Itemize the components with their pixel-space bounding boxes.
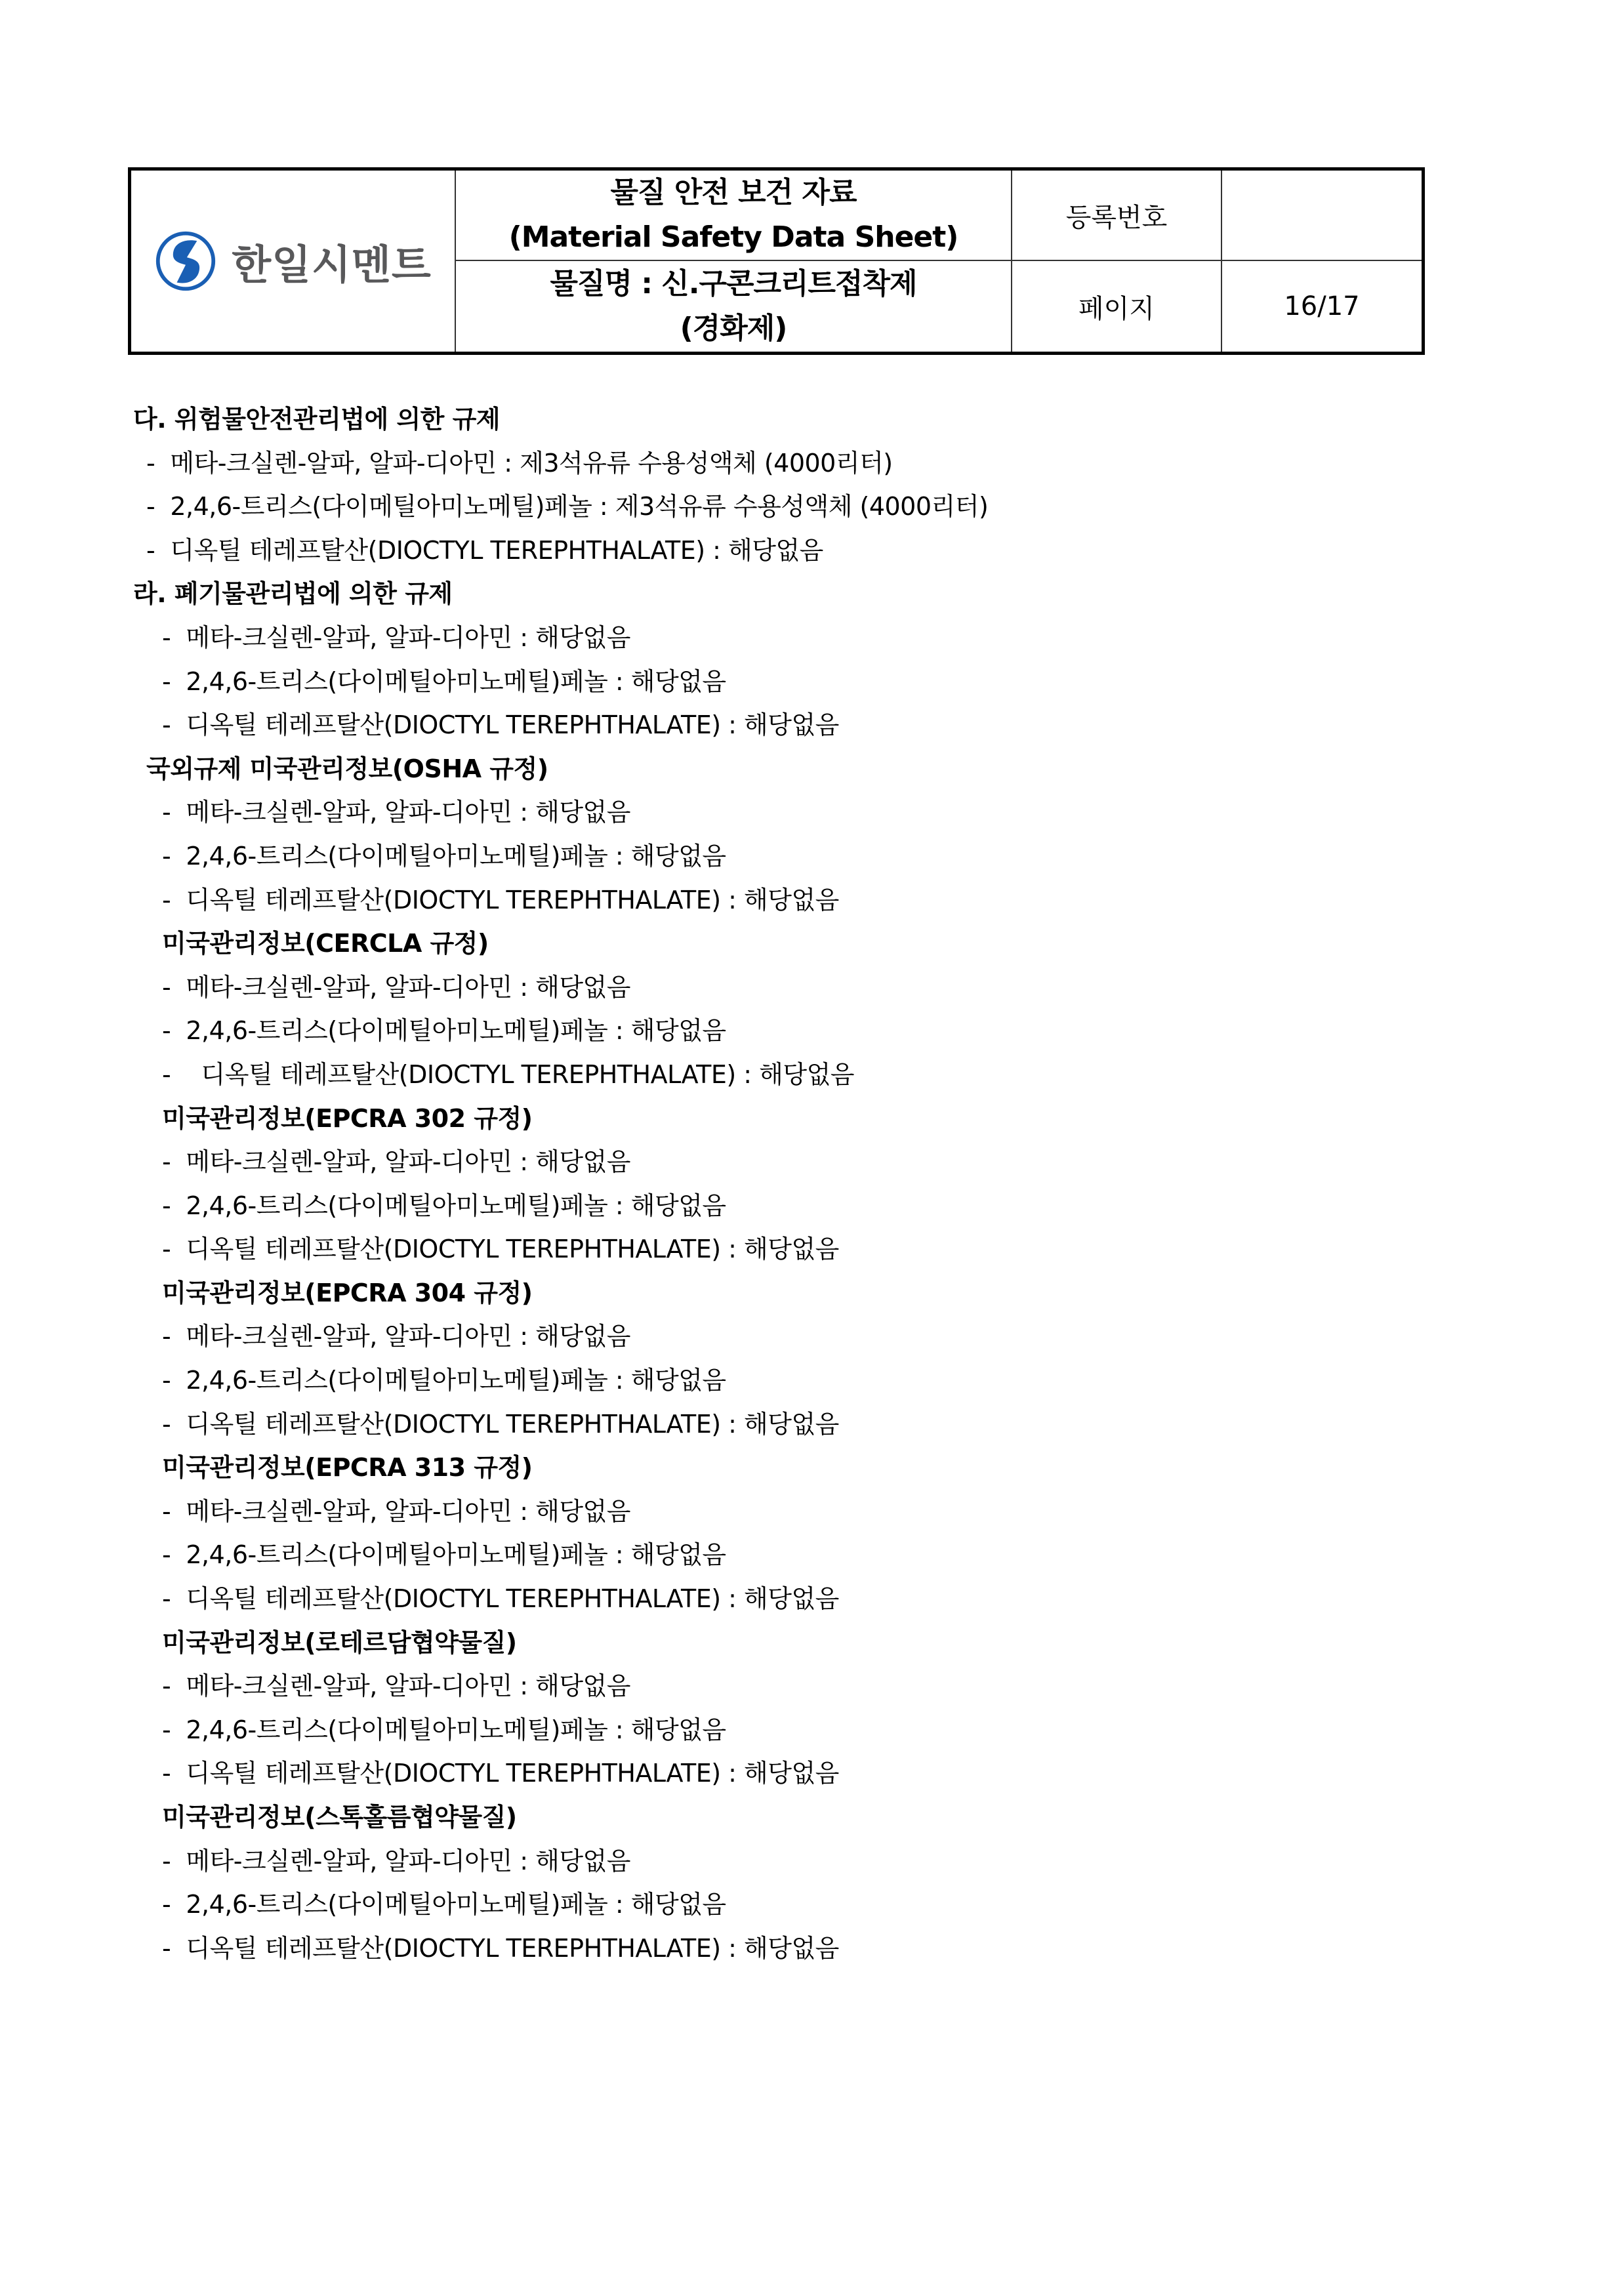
title-english: (Material Safety Data Sheet) (509, 215, 958, 260)
list-item: - 2,4,6-트리스(다이메틸아미노메틸)페놀 : 해당없음 (133, 834, 1445, 878)
s-circle-logo-icon (154, 230, 217, 293)
registration-number-label: 등록번호 (1012, 171, 1222, 261)
section-heading: 라. 폐기물관리법에 의한 규제 (133, 572, 1445, 616)
list-item: - 2,4,6-트리스(다이메틸아미노메틸)페놀 : 해당없음 (133, 1009, 1445, 1053)
list-item: - 메타-크실렌-알파, 알파-디아민 : 해당없음 (133, 1664, 1445, 1708)
material-name: 물질명 : 신.구콘크리트접착제 (경화제) (456, 261, 1012, 352)
list-item: - 메타-크실렌-알파, 알파-디아민 : 해당없음 (133, 966, 1445, 1010)
company-logo: 한일시멘트 (131, 171, 456, 352)
list-item: - 2,4,6-트리스(다이메틸아미노메틸)페놀 : 제3석유류 수용성액체 (… (133, 485, 1445, 529)
list-item: - 메타-크실렌-알파, 알파-디아민 : 해당없음 (133, 1140, 1445, 1184)
list-item: - 디옥틸 테레프탈산(DIOCTYL TEREPHTHALATE) : 해당없… (133, 1403, 1445, 1446)
company-name: 한일시멘트 (232, 232, 431, 291)
list-item: - 메타-크실렌-알파, 알파-디아민 : 해당없음 (133, 1490, 1445, 1534)
regulation-content: 다. 위험물안전관리법에 의한 규제 - 메타-크실렌-알파, 알파-디아민 :… (133, 398, 1445, 1970)
section-heading: 미국관리정보(EPCRA 302 규정) (133, 1097, 1445, 1141)
section-heading: 미국관리정보(로테르담협약물질) (133, 1621, 1445, 1665)
list-item: - 메타-크실렌-알파, 알파-디아민 : 해당없음 (133, 1315, 1445, 1359)
page-number: 16/17 (1222, 261, 1422, 352)
list-item: - 2,4,6-트리스(다이메틸아미노메틸)페놀 : 해당없음 (133, 1708, 1445, 1752)
section-heading: 미국관리정보(스톡홀름협약물질) (133, 1795, 1445, 1839)
document-title: 물질 안전 보건 자료 (Material Safety Data Sheet) (456, 171, 1012, 261)
section-heading: 다. 위험물안전관리법에 의한 규제 (133, 398, 1445, 441)
page-label: 페이지 (1012, 261, 1222, 352)
list-item: - 메타-크실렌-알파, 알파-디아민 : 해당없음 (133, 616, 1445, 660)
list-item: - 2,4,6-트리스(다이메틸아미노메틸)페놀 : 해당없음 (133, 1883, 1445, 1927)
list-item: - 디옥틸 테레프탈산(DIOCTYL TEREPHTHALATE) : 해당없… (133, 878, 1445, 922)
list-item: - 메타-크실렌-알파, 알파-디아민 : 해당없음 (133, 1839, 1445, 1883)
section-heading: 미국관리정보(CERCLA 규정) (133, 922, 1445, 966)
registration-number-value (1222, 171, 1422, 261)
list-item: - 디옥틸 테레프탈산(DIOCTYL TEREPHTHALATE) : 해당없… (133, 703, 1445, 747)
list-item: - 디옥틸 테레프탈산(DIOCTYL TEREPHTHALATE) : 해당없… (133, 1577, 1445, 1621)
list-item: - 2,4,6-트리스(다이메틸아미노메틸)페놀 : 해당없음 (133, 1184, 1445, 1228)
section-heading: 미국관리정보(EPCRA 313 규정) (133, 1446, 1445, 1490)
list-item: - 2,4,6-트리스(다이메틸아미노메틸)페놀 : 해당없음 (133, 1533, 1445, 1577)
material-name-line1: 물질명 : 신.구콘크리트접착제 (550, 262, 917, 306)
list-item: - 디옥틸 테레프탈산(DIOCTYL TEREPHTHALATE) : 해당없… (133, 1053, 1445, 1097)
section-heading: 미국관리정보(EPCRA 304 규정) (133, 1271, 1445, 1315)
title-korean: 물질 안전 보건 자료 (611, 171, 857, 215)
list-item: - 2,4,6-트리스(다이메틸아미노메틸)페놀 : 해당없음 (133, 1359, 1445, 1403)
section-heading: 국외규제 미국관리정보(OSHA 규정) (133, 747, 1445, 791)
list-item: - 디옥틸 테레프탈산(DIOCTYL TEREPHTHALATE) : 해당없… (133, 1927, 1445, 1971)
list-item: - 메타-크실렌-알파, 알파-디아민 : 제3석유류 수용성액체 (4000리… (133, 441, 1445, 485)
list-item: - 디옥틸 테레프탈산(DIOCTYL TEREPHTHALATE) : 해당없… (133, 1227, 1445, 1271)
list-item: - 디옥틸 테레프탈산(DIOCTYL TEREPHTHALATE) : 해당없… (133, 1752, 1445, 1795)
material-name-line2: (경화제) (680, 306, 787, 351)
list-item: - 디옥틸 테레프탈산(DIOCTYL TEREPHTHALATE) : 해당없… (133, 529, 1445, 573)
list-item: - 2,4,6-트리스(다이메틸아미노메틸)페놀 : 해당없음 (133, 660, 1445, 704)
list-item: - 메타-크실렌-알파, 알파-디아민 : 해당없음 (133, 790, 1445, 834)
msds-header-table: 한일시멘트 물질 안전 보건 자료 (Material Safety Data … (128, 167, 1425, 355)
